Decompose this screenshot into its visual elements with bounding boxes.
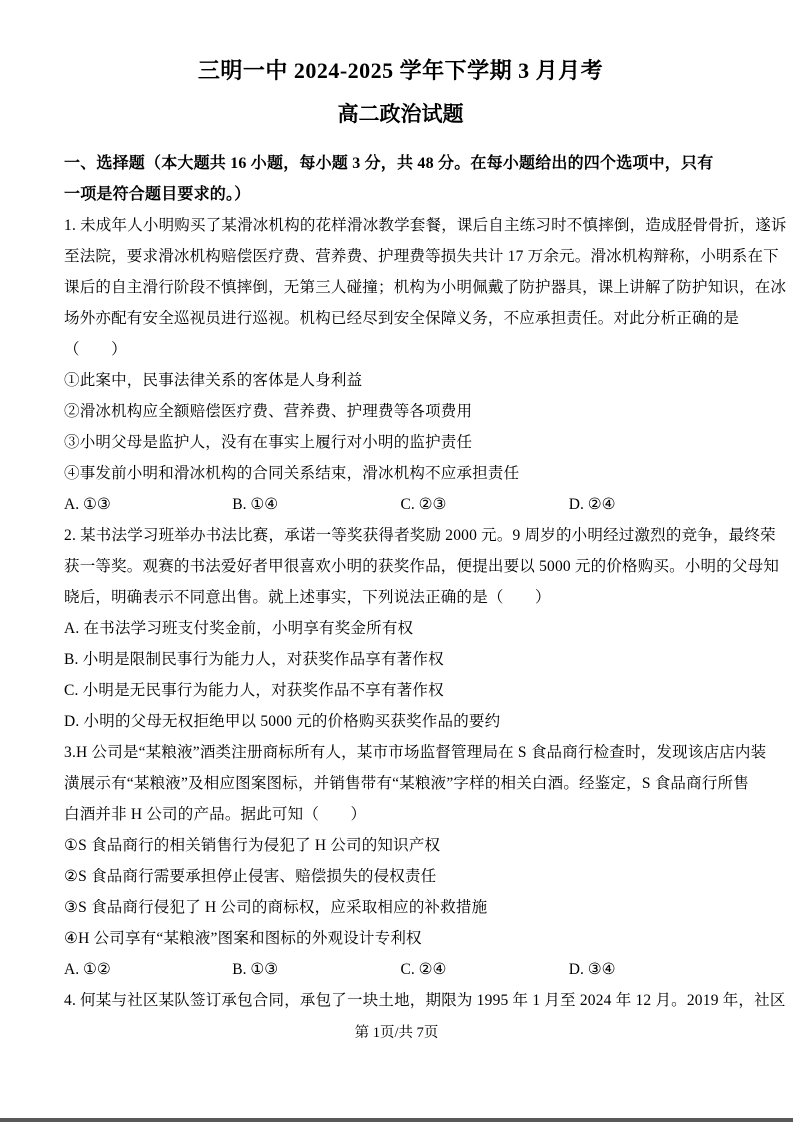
- question-1: 1. 未成年人小明购买了某滑冰机构的花样滑冰教学套餐，课后自主练习时不慎摔倒，造…: [64, 210, 737, 520]
- question-3-option-b: B. ①③: [232, 954, 400, 985]
- question-1-stem-line: 1. 未成年人小明购买了某滑冰机构的花样滑冰教学套餐，课后自主练习时不慎摔倒，造…: [64, 210, 737, 241]
- question-2-option-d: D. 小明的父母无权拒绝甲以 5000 元的价格购买获奖作品的要约: [64, 706, 737, 737]
- section-heading-line-1: 一、选择题（本大题共 16 小题，每小题 3 分，共 48 分。在每小题给出的四…: [64, 148, 737, 179]
- question-3-options-row: A. ①② B. ①③ C. ②④ D. ③④: [64, 954, 737, 985]
- question-2-option-a: A. 在书法学习班支付奖金前，小明享有奖金所有权: [64, 613, 737, 644]
- exam-page: 三明一中 2024-2025 学年下学期 3 月月考 高二政治试题 一、选择题（…: [0, 0, 793, 1122]
- question-2: 2. 某书法学习班举办书法比赛，承诺一等奖获得者奖励 2000 元。9 周岁的小…: [64, 520, 737, 737]
- question-3: 3.H 公司是“某粮液”酒类注册商标所有人，某市市场监督管理局在 S 食品商行检…: [64, 737, 737, 985]
- question-1-statement-4: ④事发前小明和滑冰机构的合同关系结束，滑冰机构不应承担责任: [64, 458, 737, 489]
- page-title: 三明一中 2024-2025 学年下学期 3 月月考: [64, 56, 737, 86]
- question-2-option-c: C. 小明是无民事行为能力人，对获奖作品不享有著作权: [64, 675, 737, 706]
- question-2-stem-line: 获一等奖。观赛的书法爱好者甲很喜欢小明的获奖作品，便提出要以 5000 元的价格…: [64, 551, 737, 582]
- question-1-options-row: A. ①③ B. ①④ C. ②③ D. ②④: [64, 489, 737, 520]
- question-2-stem-line: 2. 某书法学习班举办书法比赛，承诺一等奖获得者奖励 2000 元。9 周岁的小…: [64, 520, 737, 551]
- question-2-option-b: B. 小明是限制民事行为能力人，对获奖作品享有著作权: [64, 644, 737, 675]
- question-3-stem-line: 潢展示有“某粮液”及相应图案图标，并销售带有“某粮液”字样的相关白酒。经鉴定，S…: [64, 768, 737, 799]
- question-3-option-d: D. ③④: [569, 954, 737, 985]
- question-1-answer-blank: （ ）: [64, 334, 737, 365]
- question-3-stem-line: 3.H 公司是“某粮液”酒类注册商标所有人，某市市场监督管理局在 S 食品商行检…: [64, 737, 737, 768]
- question-3-option-c: C. ②④: [401, 954, 569, 985]
- section-heading-line-2: 一项是符合题目要求的。）: [64, 179, 737, 210]
- question-1-option-d: D. ②④: [569, 489, 737, 520]
- question-4: 4. 何某与社区某队签订承包合同，承包了一块土地，期限为 1995 年 1 月至…: [64, 985, 737, 1016]
- question-3-statement-4: ④H 公司享有“某粮液”图案和图标的外观设计专利权: [64, 923, 737, 954]
- question-1-statement-3: ③小明父母是监护人，没有在事实上履行对小明的监护责任: [64, 427, 737, 458]
- question-1-statement-1: ①此案中，民事法律关系的客体是人身利益: [64, 365, 737, 396]
- question-1-option-a: A. ①③: [64, 489, 232, 520]
- section-heading: 一、选择题（本大题共 16 小题，每小题 3 分，共 48 分。在每小题给出的四…: [64, 148, 737, 210]
- question-1-stem-line: 课后的自主滑行阶段不慎摔倒，无第三人碰撞；机构为小明佩戴了防护器具，课上讲解了防…: [64, 272, 737, 303]
- question-4-stem-line: 4. 何某与社区某队签订承包合同，承包了一块土地，期限为 1995 年 1 月至…: [64, 985, 737, 1016]
- question-2-stem-line: 晓后，明确表示不同意出售。就上述事实，下列说法正确的是（ ）: [64, 582, 737, 613]
- page-footer: 第 1页/共 7页: [0, 1022, 793, 1044]
- question-1-statement-2: ②滑冰机构应全额赔偿医疗费、营养费、护理费等各项费用: [64, 396, 737, 427]
- question-3-statement-3: ③S 食品商行侵犯了 H 公司的商标权，应采取相应的补救措施: [64, 892, 737, 923]
- question-1-option-b: B. ①④: [232, 489, 400, 520]
- question-3-stem-line: 白酒并非 H 公司的产品。据此可知（ ）: [64, 799, 737, 830]
- question-3-option-a: A. ①②: [64, 954, 232, 985]
- question-3-statement-2: ②S 食品商行需要承担停止侵害、赔偿损失的侵权责任: [64, 861, 737, 892]
- question-1-option-c: C. ②③: [401, 489, 569, 520]
- question-1-stem-line: 场外亦配有安全巡视员进行巡视。机构已经尽到安全保障义务，不应承担责任。对此分析正…: [64, 303, 737, 334]
- question-1-stem-line: 至法院，要求滑冰机构赔偿医疗费、营养费、护理费等损失共计 17 万余元。滑冰机构…: [64, 241, 737, 272]
- page-subtitle: 高二政治试题: [64, 100, 737, 128]
- page-bottom-edge: [0, 1118, 793, 1122]
- page-content: 三明一中 2024-2025 学年下学期 3 月月考 高二政治试题 一、选择题（…: [0, 0, 793, 1016]
- question-3-statement-1: ①S 食品商行的相关销售行为侵犯了 H 公司的知识产权: [64, 830, 737, 861]
